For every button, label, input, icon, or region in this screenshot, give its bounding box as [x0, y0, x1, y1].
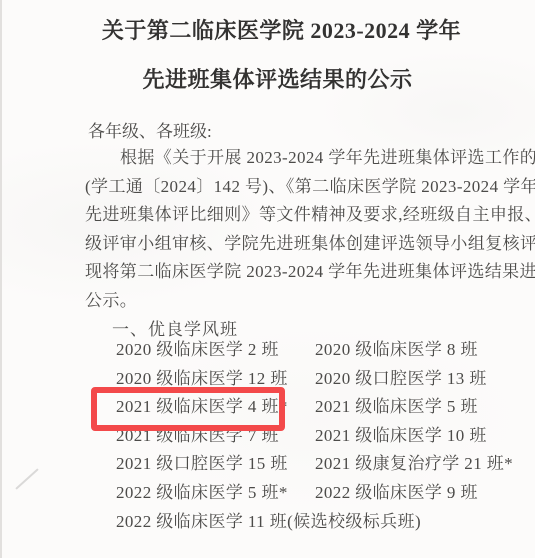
- class-name: 2021 级临床医学 7 班: [116, 425, 279, 454]
- class-name: 2020 级临床医学 2 班: [116, 339, 279, 368]
- class-name: 2021 级口腔医学 15 班: [116, 453, 288, 482]
- class-list-row: 2022 级临床医学 11 班(候选校级标兵班): [2, 511, 535, 540]
- paragraph-line: 先进班集体评比细则》等文件精神及要求,经班级自主申报、年: [85, 201, 525, 230]
- class-list-row: 2021 级临床医学 7 班 2021 级临床医学 10 班: [2, 425, 535, 454]
- salutation-line: 各年级、各班级:: [88, 117, 212, 142]
- paragraph-line: 现将第二临床医学院 2023-2024 学年先进班集体评选结果进行: [85, 258, 525, 287]
- class-list: 2020 级临床医学 2 班 2020 级临床医学 8 班 2020 级临床医学…: [2, 339, 535, 539]
- section-heading-excellent-study-class: 一、优良学风班: [112, 315, 238, 340]
- class-name: 2020 级口腔医学 13 班: [315, 368, 487, 397]
- class-name: 2021 级临床医学 5 班: [315, 396, 478, 425]
- paragraph-line: 级评审小组审核、学院先进班集体创建评选领导小组复核评定,: [85, 230, 525, 259]
- class-name: 2021 级康复治疗学 21 班*: [315, 453, 513, 482]
- class-name: 2022 级临床医学 9 班: [315, 482, 478, 511]
- paragraph-line: 根据《关于开展 2023-2024 学年先进班集体评选工作的通知》: [85, 144, 525, 173]
- class-list-row: 2020 级临床医学 2 班 2020 级临床医学 8 班: [2, 339, 535, 368]
- class-name-highlighted: 2021 级临床医学 4 班*: [116, 396, 288, 425]
- class-list-row: 2021 级口腔医学 15 班 2021 级康复治疗学 21 班*: [2, 453, 535, 482]
- class-name: 2022 级临床医学 5 班*: [116, 482, 288, 511]
- document-title-line1: 关于第二临床医学院 2023-2024 学年: [14, 14, 535, 45]
- class-list-row: 2022 级临床医学 5 班* 2022 级临床医学 9 班: [2, 482, 535, 511]
- class-name: 2022 级临床医学 11 班(候选校级标兵班): [116, 511, 421, 540]
- document-page: 关于第二临床医学院 2023-2024 学年 先进班集体评选结果的公示 各年级、…: [0, 0, 535, 558]
- class-list-row: 2020 级临床医学 12 班 2020 级口腔医学 13 班: [2, 368, 535, 397]
- paragraph-line: 公示。: [85, 287, 525, 316]
- paragraph-line: (学工通〔2024〕142 号)、《第二临床医学院 2023-2024 学年: [85, 173, 525, 202]
- class-name: 2021 级临床医学 10 班: [315, 425, 487, 454]
- class-name: 2020 级临床医学 12 班: [116, 368, 288, 397]
- class-name: 2020 级临床医学 8 班: [315, 339, 478, 368]
- document-title-line2: 先进班集体评选结果的公示: [10, 63, 535, 94]
- class-list-row-highlighted: 2021 级临床医学 4 班* 2021 级临床医学 5 班: [2, 396, 535, 425]
- body-paragraph: 根据《关于开展 2023-2024 学年先进班集体评选工作的通知》 (学工通〔2…: [85, 144, 525, 316]
